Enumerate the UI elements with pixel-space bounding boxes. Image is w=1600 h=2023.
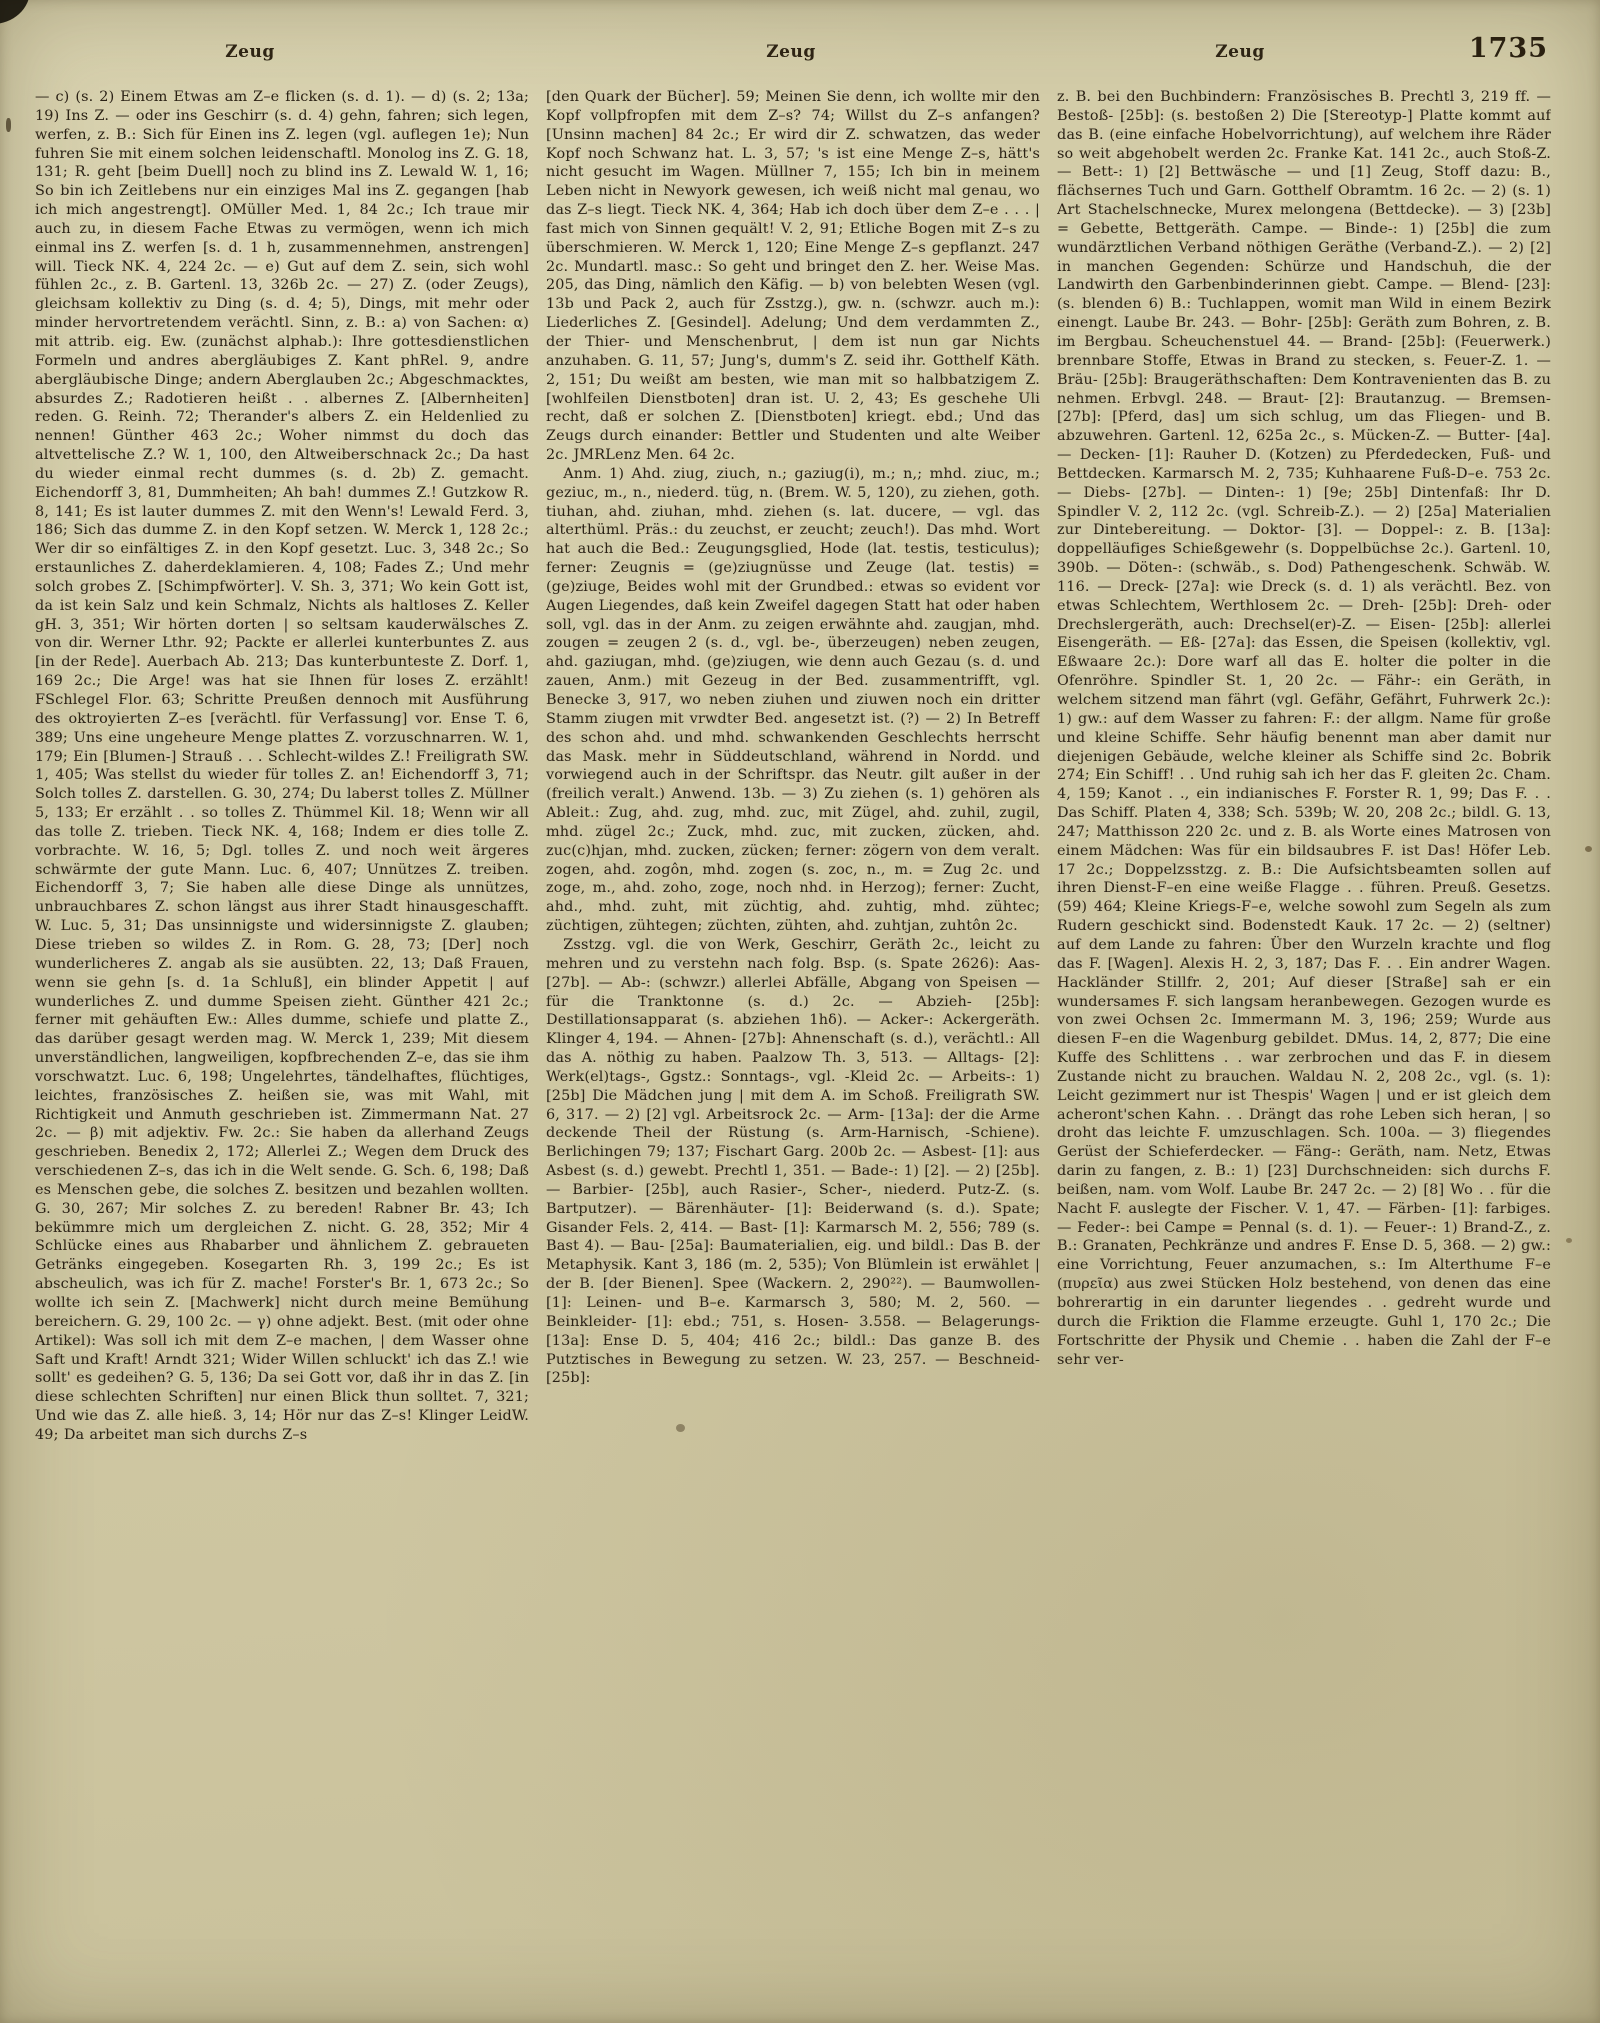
text-column-3: z. B. bei den Buchbindern: Französisches… [1057, 88, 1551, 1883]
paragraph: z. B. bei den Buchbindern: Französisches… [1057, 88, 1551, 1369]
paragraph: — c) (s. 2) Einem Etwas am Z–e flicken (… [35, 88, 529, 1445]
running-head-center: Zeug [545, 42, 1037, 62]
paragraph: Zsstzg. vgl. die von Werk, Geschirr, Ger… [546, 936, 1040, 1388]
paragraph: [den Quark der Bücher]. 59; Meinen Sie d… [546, 88, 1040, 465]
text-column-1: — c) (s. 2) Einem Etwas am Z–e flicken (… [35, 88, 529, 1883]
scan-speck-artifact [6, 118, 11, 132]
text-column-2: [den Quark der Bücher]. 59; Meinen Sie d… [546, 88, 1040, 1883]
page-number: 1735 [1469, 33, 1548, 64]
scan-speck-artifact [1566, 1238, 1572, 1243]
dictionary-page: Zeug Zeug Zeug 1735 — c) (s. 2) Einem Et… [0, 0, 1600, 2023]
scan-blot-artifact [0, 0, 30, 24]
running-head-right: Zeug [1030, 42, 1450, 62]
running-head-left: Zeug [35, 42, 465, 62]
scan-speck-artifact [1585, 846, 1592, 852]
paragraph: Anm. 1) Ahd. ziug, ziuch, n.; gaziug(i),… [546, 465, 1040, 936]
